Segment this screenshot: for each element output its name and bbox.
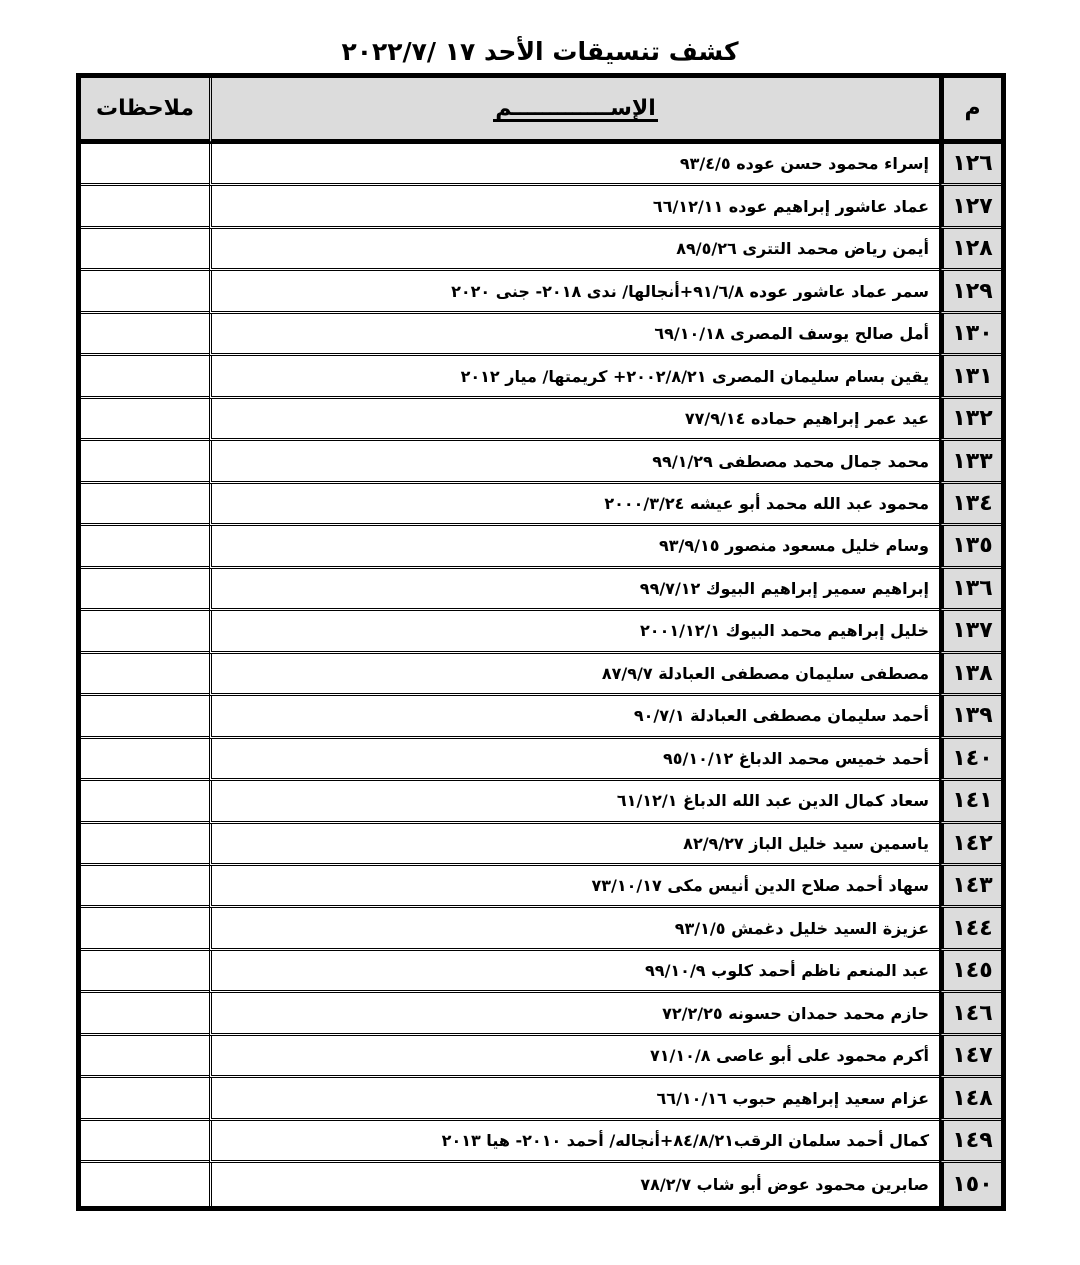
row-number: ١٣٦ [939,569,1001,611]
row-name: إبراهيم سمير إبراهيم البيوك ٩٩/٧/١٢ [209,569,939,611]
table-row: ١٢٨أيمن رياض محمد التترى ٨٩/٥/٢٦ [81,229,1001,271]
table-row: ١٣١يقين بسام سليمان المصرى ٢٠٠٢/٨/٢١+ كر… [81,356,1001,398]
table-row: ١٣٦إبراهيم سمير إبراهيم البيوك ٩٩/٧/١٢ [81,569,1001,611]
table-header-row: م الإســـــــــــــم ملاحظات [81,78,1001,144]
row-name: مصطفى سليمان مصطفى العبادلة ٨٧/٩/٧ [209,654,939,696]
table-row: ١٤٤عزيزة السيد خليل دغمش ٩٣/١/٥ [81,908,1001,950]
row-name: عزيزة السيد خليل دغمش ٩٣/١/٥ [209,908,939,950]
row-name: إسراء محمود حسن عوده ٩٣/٤/٥ [209,144,939,186]
header-name-label: الإســـــــــــــم [493,99,658,122]
row-number: ١٣٥ [939,526,1001,568]
row-name: يقين بسام سليمان المصرى ٢٠٠٢/٨/٢١+ كريمت… [209,356,939,398]
row-name: أيمن رياض محمد التترى ٨٩/٥/٢٦ [209,229,939,271]
row-name: محمد جمال محمد مصطفى ٩٩/١/٢٩ [209,441,939,483]
table-row: ١٤٧أكرم محمود على أبو عاصى ٧١/١٠/٨ [81,1036,1001,1078]
row-notes [81,993,209,1035]
row-name: عيد عمر إبراهيم حماده ٧٧/٩/١٤ [209,399,939,441]
row-number: ١٤١ [939,781,1001,823]
row-notes [81,951,209,993]
row-notes [81,1036,209,1078]
row-number: ١٣٩ [939,696,1001,738]
row-notes [81,866,209,908]
row-number: ١٤٨ [939,1078,1001,1120]
row-number: ١٤٢ [939,824,1001,866]
row-notes [81,271,209,313]
row-number: ١٣٤ [939,484,1001,526]
row-notes [81,781,209,823]
row-notes [81,908,209,950]
table-row: ١٣٠أمل صالح يوسف المصرى ٦٩/١٠/١٨ [81,314,1001,356]
table-row: ١٢٩سمر عماد عاشور عوده ٩١/٦/٨+أنجالها/ ن… [81,271,1001,313]
table-row: ١٤٩كمال أحمد سلمان الرقب٨٤/٨/٢١+أنجاله/ … [81,1121,1001,1163]
row-notes [81,399,209,441]
table-row: ١٤٣سهاد أحمد صلاح الدين أنيس مكى ٧٣/١٠/١… [81,866,1001,908]
row-name: عبد المنعم ناظم أحمد كلوب ٩٩/١٠/٩ [209,951,939,993]
row-name: صابرين محمود عوض أبو شاب ٧٨/٢/٧ [209,1163,939,1206]
row-number: ١٤٧ [939,1036,1001,1078]
row-number: ١٣٧ [939,611,1001,653]
table-row: ١٣٢عيد عمر إبراهيم حماده ٧٧/٩/١٤ [81,399,1001,441]
roster-sheet: م الإســـــــــــــم ملاحظات ١٢٦إسراء مح… [76,73,1006,1211]
row-name: محمود عبد الله محمد أبو عيشه ٢٠٠٠/٣/٢٤ [209,484,939,526]
table-row: ١٤٨عزام سعيد إبراهيم حبوب ٦٦/١٠/١٦ [81,1078,1001,1120]
row-notes [81,611,209,653]
row-notes [81,654,209,696]
table-row: ١٢٧عماد عاشور إبراهيم عوده ٦٦/١٢/١١ [81,186,1001,228]
table-row: ١٣٧خليل إبراهيم محمد البيوك ٢٠٠١/١٢/١ [81,611,1001,653]
row-number: ١٣١ [939,356,1001,398]
row-number: ١٥٠ [939,1163,1001,1206]
row-notes [81,1163,209,1206]
row-number: ١٢٦ [939,144,1001,186]
row-name: خليل إبراهيم محمد البيوك ٢٠٠١/١٢/١ [209,611,939,653]
row-name: أكرم محمود على أبو عاصى ٧١/١٠/٨ [209,1036,939,1078]
row-name: وسام خليل مسعود منصور ٩٣/٩/١٥ [209,526,939,568]
table-row: ١٤٦حازم محمد حمدان حسونه ٧٢/٢/٢٥ [81,993,1001,1035]
row-name: عماد عاشور إبراهيم عوده ٦٦/١٢/١١ [209,186,939,228]
row-number: ١٢٧ [939,186,1001,228]
row-number: ١٣٠ [939,314,1001,356]
header-notes: ملاحظات [81,78,209,144]
row-number: ١٤٥ [939,951,1001,993]
table-row: ١٤٠أحمد خميس محمد الدباغ ٩٥/١٠/١٢ [81,739,1001,781]
row-notes [81,696,209,738]
row-number: ١٢٨ [939,229,1001,271]
roster-body: ١٢٦إسراء محمود حسن عوده ٩٣/٤/٥ ١٢٧عماد ع… [81,144,1001,1206]
table-row: ١٤١سعاد كمال الدين عبد الله الدباغ ٦١/١٢… [81,781,1001,823]
row-notes [81,229,209,271]
row-number: ١٤٤ [939,908,1001,950]
roster-table: م الإســـــــــــــم ملاحظات ١٢٦إسراء مح… [81,78,1001,1206]
row-name: أحمد خميس محمد الدباغ ٩٥/١٠/١٢ [209,739,939,781]
row-notes [81,314,209,356]
row-name: ياسمين سيد خليل الباز ٨٢/٩/٢٧ [209,824,939,866]
page-title: كشف تنسيقات الأحد ١٧ /٢٠٢٢/٧ [0,34,1080,70]
table-row: ١٣٥وسام خليل مسعود منصور ٩٣/٩/١٥ [81,526,1001,568]
table-row: ١٣٨مصطفى سليمان مصطفى العبادلة ٨٧/٩/٧ [81,654,1001,696]
header-number: م [939,78,1001,144]
row-number: ١٣٣ [939,441,1001,483]
table-row: ١٣٤محمود عبد الله محمد أبو عيشه ٢٠٠٠/٣/٢… [81,484,1001,526]
table-row: ١٤٥عبد المنعم ناظم أحمد كلوب ٩٩/١٠/٩ [81,951,1001,993]
row-name: سهاد أحمد صلاح الدين أنيس مكى ٧٣/١٠/١٧ [209,866,939,908]
row-name: حازم محمد حمدان حسونه ٧٢/٢/٢٥ [209,993,939,1035]
row-number: ١٣٨ [939,654,1001,696]
row-notes [81,1078,209,1120]
table-row: ١٢٦إسراء محمود حسن عوده ٩٣/٤/٥ [81,144,1001,186]
row-number: ١٤٣ [939,866,1001,908]
row-notes [81,186,209,228]
table-row: ١٤٢ياسمين سيد خليل الباز ٨٢/٩/٢٧ [81,824,1001,866]
table-row: ١٣٣محمد جمال محمد مصطفى ٩٩/١/٢٩ [81,441,1001,483]
row-notes [81,739,209,781]
row-name: أمل صالح يوسف المصرى ٦٩/١٠/١٨ [209,314,939,356]
row-name: أحمد سليمان مصطفى العبادلة ٩٠/٧/١ [209,696,939,738]
row-name: كمال أحمد سلمان الرقب٨٤/٨/٢١+أنجاله/ أحم… [209,1121,939,1163]
row-number: ١٤٦ [939,993,1001,1035]
row-notes [81,441,209,483]
row-number: ١٢٩ [939,271,1001,313]
row-number: ١٤٠ [939,739,1001,781]
row-number: ١٤٩ [939,1121,1001,1163]
row-number: ١٣٢ [939,399,1001,441]
row-notes [81,356,209,398]
row-notes [81,526,209,568]
table-row: ١٣٩أحمد سليمان مصطفى العبادلة ٩٠/٧/١ [81,696,1001,738]
row-name: سمر عماد عاشور عوده ٩١/٦/٨+أنجالها/ ندى … [209,271,939,313]
row-notes [81,484,209,526]
table-row: ١٥٠صابرين محمود عوض أبو شاب ٧٨/٢/٧ [81,1163,1001,1206]
row-name: عزام سعيد إبراهيم حبوب ٦٦/١٠/١٦ [209,1078,939,1120]
row-notes [81,144,209,186]
row-notes [81,824,209,866]
row-notes [81,569,209,611]
row-notes [81,1121,209,1163]
row-name: سعاد كمال الدين عبد الله الدباغ ٦١/١٢/١ [209,781,939,823]
header-name: الإســـــــــــــم [209,78,939,144]
